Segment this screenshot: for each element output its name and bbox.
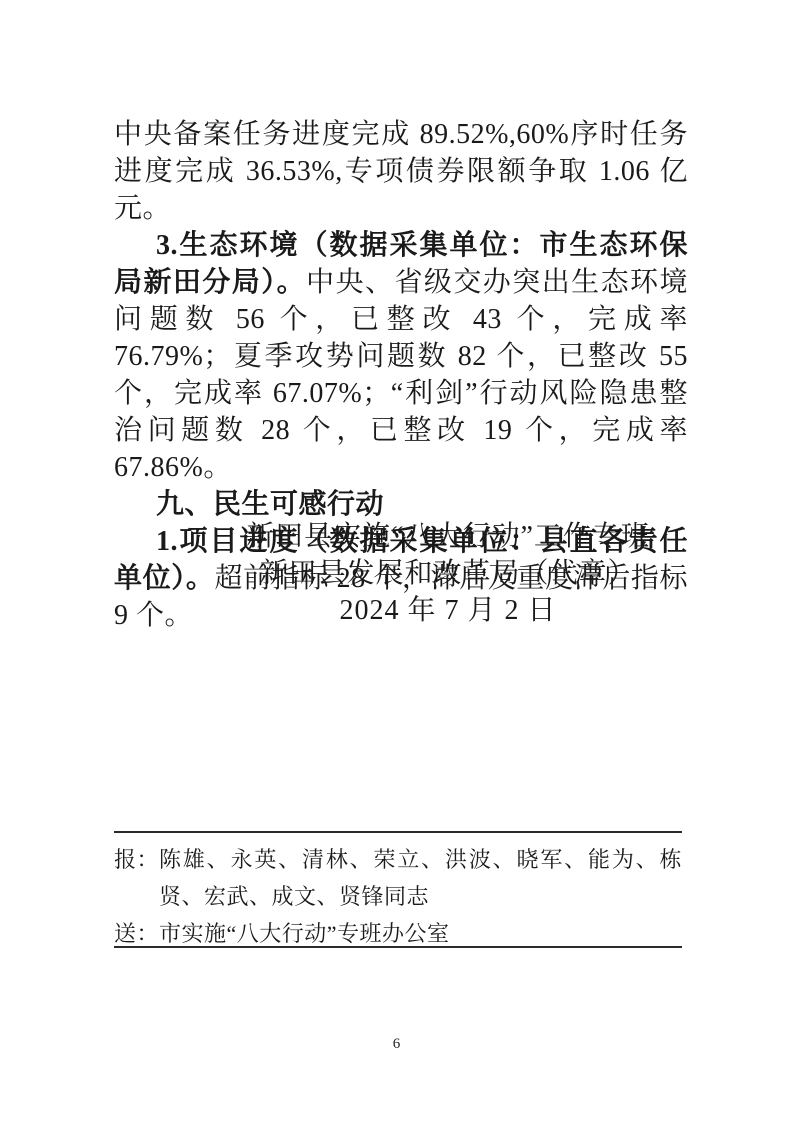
paragraph-continuation: 中央备案任务进度完成 89.52%,60%序时任务进度完成 36.53%,专项债…: [114, 116, 688, 227]
signature-org-line1: 新田县实施“八大行动”工作专班: [211, 518, 685, 555]
report-names: 陈雄、永英、清林、荣立、洪波、晓军、能为、栋贤、宏武、成文、贤锋同志: [159, 841, 682, 915]
document-page: 中央备案任务进度完成 89.52%,60%序时任务进度完成 36.53%,专项债…: [0, 0, 793, 1122]
paragraph-eco-environment: 3.生态环境（数据采集单位：市生态环保局新田分局）。中央、省级交办突出生态环境问…: [114, 227, 688, 486]
report-label: 报：: [114, 841, 159, 878]
footer-divider-bottom: [114, 946, 682, 948]
page-number: 6: [0, 1036, 793, 1053]
footer-divider-top: [114, 831, 682, 833]
signature-date: 2024 年 7 月 2 日: [211, 592, 685, 629]
signature-block: 新田县实施“八大行动”工作专班 新田县发展和改革局（代章） 2024 年 7 月…: [211, 518, 685, 629]
paragraph-text: 中央备案任务进度完成 89.52%,60%序时任务进度完成 36.53%,专项债…: [114, 119, 688, 224]
distribution-block: 报： 陈雄、永英、清林、荣立、洪波、晓军、能为、栋贤、宏武、成文、贤锋同志 送：…: [114, 841, 682, 952]
report-row: 报： 陈雄、永英、清林、荣立、洪波、晓军、能为、栋贤、宏武、成文、贤锋同志: [114, 841, 682, 915]
paragraph-text: 中央、省级交办突出生态环境问题数 56 个，已整改 43 个，完成率 76.79…: [114, 267, 688, 483]
signature-org-line2: 新田县发展和改革局（代章）: [211, 555, 685, 592]
section-heading-text: 九、民生可感行动: [156, 489, 384, 520]
